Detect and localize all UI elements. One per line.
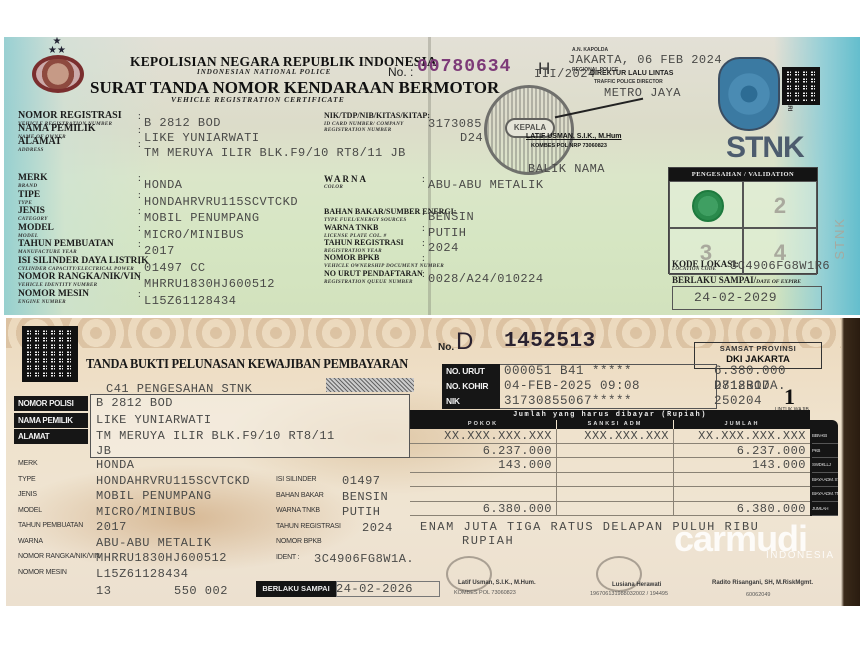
col-pokok: POKOK [410,420,556,429]
info-value: 000051 B41 ***** [504,364,632,379]
vehicle-field-value: 3C4906FG8W1A. [314,552,414,566]
owner-name: LIKE YUNIARWATI [144,131,260,145]
signatory-name: Lusiana Herawati [612,582,661,588]
police-emblem-icon [32,55,84,93]
vehicle-field-label: NOMOR RANGKA/NIK/VIN [18,553,100,560]
vehicle-field-label: WARNA [18,538,43,545]
expiry-label: BERLAKU SAMPAI/DATE OF EXPIRE [672,275,801,285]
location-code: 3C4906FG8W1R6 [730,259,830,273]
signer-name: LATIF USMAN, S.I.K., M.Hum [526,133,622,140]
issuer-title: DIREKTUR LALU LINTAS [590,70,673,77]
vehicle-field-label: ISI SILINDER [276,476,316,483]
vehicle-field-label: WARNACOLOR [324,174,368,190]
sanksi-cell [557,458,673,473]
vehicle-field-label: MODEL [18,507,42,514]
info-row: NO. URUT 000051 B41 ***** 6.380.000 2812… [442,364,810,379]
vehicle-field-label: TAHUN REGISTRASIREGISTRATION YEAR [324,238,404,254]
vehicle-field-value: HONDA [96,458,135,472]
info-label: NO. KOHIR [442,379,500,394]
vehicle-field-label: NOMOR RANGKA/NIK/VINVEHICLE IDENTITY NUM… [18,272,141,288]
col-sanksi: SANKSI ADM [557,420,673,429]
owner-address: TM MERUYA ILIR BLK.F9/10 RT8/11 [96,429,335,443]
info-label: NIK [442,394,500,409]
vehicle-field-label: TAHUN PEMBUATAN [18,522,83,529]
signatory-name: Latif Usman, S.I.K., M.Hum. [458,580,536,586]
vehicle-field-value: HONDA [144,178,183,192]
vehicle-field-label: NOMOR BPKBVEHICLE OWNERSHIP DOCUMENT NUM… [324,253,444,269]
receipt-number-label: No. [438,342,454,353]
issuer-title-en: TRAFFIC POLICE DIRECTOR [594,79,663,85]
payment-row [410,473,810,488]
info-value: 31730855067***** [504,394,632,409]
stnk-card: ★★★ KEPOLISIAN NEGARA REPUBLIK INDONESIA… [4,37,860,315]
info-extra: 250204 [714,394,762,409]
vehicle-field-value: BENSIN [428,210,474,224]
vehicle-field-label: JENIS [18,491,37,498]
pokok-cell: 143.000 [410,458,556,473]
validation-cell-1 [669,181,743,228]
security-pattern [326,378,414,392]
vehicle-field-value: 2017 [96,520,127,534]
vehicle-field-label: TIPETYPE [18,190,40,206]
pokok-cell: 6.237.000 [410,444,556,459]
signatory-id: 196706131988032002 / 194495 [590,591,668,597]
vehicle-field-label: JENISCATEGORY [18,206,48,222]
vehicle-field-value: 01497 CC [144,261,206,275]
vehicle-field-value: ABU-ABU METALIK [428,178,544,192]
sanksi-cell [557,502,673,517]
label-police-number: NOMOR POLISI [14,396,88,411]
validation-cell-2: 2 [743,181,817,228]
vehicle-field-value: 0028/A24/010224 [428,272,544,286]
doc-number-label: No. : [388,65,413,79]
info-row: NIK 31730855067***** 250204 [442,394,810,409]
jumlah-cell: 143.000 [674,458,810,473]
vehicle-field-label: NOMOR MESINENGINE NUMBER [18,289,89,305]
registration-number: B 2812 BOD [144,116,221,130]
vehicle-field-value: HONDAHRVRU115SCVTCKD [96,474,250,488]
doc-number: 00780634 [417,57,511,77]
vehicle-field-value: MHRRU1830HJ600512 [144,277,275,291]
jumlah-cell: 6.237.000 [674,444,810,459]
vehicle-field-value: PUTIH [342,505,381,519]
label-address: ALAMAT [14,429,88,444]
vehicle-field-value: MHRRU1830HJ600512 [96,551,227,565]
payment-row: 6.237.0006.237.000 [410,444,810,459]
vehicle-field-label: WARNA TNKB [276,507,320,514]
police-number: B 2812 BOD [96,396,173,410]
extra-code-b: 550 002 [174,584,228,598]
location-code-label-en: LOCATION CODE [672,267,716,272]
expiry-date: 24-02-2026 [336,582,413,596]
samsat-line-1: SAMSAT PROVINSI [695,343,821,354]
issue-place-date: JAKARTA, 06 FEB 2024 [568,53,722,67]
payment-tag: BBN-KB [812,429,838,444]
info-extra: D718R17A. [714,379,786,394]
payment-tag: SWDKLLJ [812,458,838,473]
nik-value-2: D24 [460,131,483,145]
vehicle-field-label: WARNA TNKBLICENSE PLATE COL. # [324,223,387,239]
vehicle-field-label: IDENT : [276,554,299,561]
vehicle-field-label: NOMOR MESIN [18,569,67,576]
validation-stamp-icon [692,190,724,222]
payment-tag: PKB [812,444,838,459]
vehicle-field-value: MOBIL PENUMPANG [96,489,212,503]
extra-code-a: 13 [96,584,111,598]
vehicle-field-value: L15Z61128434 [144,294,236,308]
pokok-cell [410,487,556,502]
vehicle-field-label: MERKBRAND [18,173,48,189]
payment-row: 6.380.0006.380.000 [410,502,810,517]
payment-tag: BIAYA ADM. STNK [812,473,838,488]
jumlah-cell: 6.380.000 [674,502,810,517]
signatory-id: 60062049 [746,592,770,598]
payment-tag: BIAYA ADM. TNKB [812,487,838,502]
signatory-id: KOMBES POL 73060823 [454,590,516,596]
payment-row: XX.XXX.XXX.XXXXXX.XXX.XXXXX.XXX.XXX.XXX [410,429,810,444]
tax-receipt-card: TANDA BUKTI PELUNASAN KEWAJIBAN PEMBAYAR… [6,318,860,606]
label-nik: NIK/TDP/NIB/KITAS/KITAP:ID CARD NUMBER/ … [324,111,430,133]
expiry-date: 24-02-2029 [694,290,777,305]
signer-rank: KOMBES POL NRP 73060823 [531,143,607,149]
institution-name-en: INDONESIAN NATIONAL POLICE [197,68,331,76]
vehicle-field-value: 01497 [342,474,381,488]
vehicle-field-label: TAHUN REGISTRASI [276,523,341,530]
info-value: 04-FEB-2025 09:08 [504,379,640,394]
jumlah-cell [674,487,810,502]
stamp-icon [446,556,492,592]
expiry-label: BERLAKU SAMPAI [256,581,336,597]
vehicle-field-value: MICRO/MINIBUS [96,505,196,519]
owner-address-line2: JB [96,444,111,458]
col-jumlah: JUMLAH [674,420,810,429]
brand-watermark-region: INDONESIA [766,550,835,561]
jumlah-cell [674,473,810,488]
vehicle-field-label: ISI SILINDER DAYA LISTRIKCYLINDER CAPACI… [18,256,149,272]
vehicle-field-label: MODELMODEL [18,223,54,239]
sanksi-cell [557,487,673,502]
vehicle-field-value: HONDAHRVRU115SCVTCKD [144,195,298,209]
side-watermark: STNK [832,217,847,260]
vehicle-field-value: MICRO/MINIBUS [144,228,244,242]
vehicle-field-label: BAHAN BAKAR [276,492,324,499]
stnk-logo-text: STNK [726,131,804,165]
info-row: NO. KOHIR 04-FEB-2025 09:08 D718R17A. [442,379,810,394]
owner-name: LIKE YUNIARWATI [96,413,212,427]
issue-ref: III/2024 [534,67,596,81]
jumlah-cell: XX.XXX.XXX.XXX [674,429,810,444]
qr-code-icon [782,67,820,105]
payment-table: XX.XXX.XXX.XXXXXX.XXX.XXXXX.XXX.XXX.XXX6… [410,429,810,516]
remark: BALIK NAMA [528,162,605,176]
pokok-cell: XX.XXX.XXX.XXX [410,429,556,444]
validation-box: PENGESAHAN / VALIDATION 2 3 4 [668,167,818,274]
label-address: ALAMATADDRESS [18,137,62,153]
qr-code-icon [22,326,78,382]
vehicle-field-label: TYPE [18,476,35,483]
sanksi-cell [557,444,673,459]
vehicle-field-label: MERK [18,460,37,467]
owner-address: TM MERUYA ILIR BLK.F9/10 RT8/11 JB [144,146,406,160]
amount-in-words-2: RUPIAH [462,534,514,548]
payment-tag: JUMLAH [812,502,838,517]
receipt-title: TANDA BUKTI PELUNASAN KEWAJIBAN PEMBAYAR… [86,356,408,372]
vehicle-field-value: 2024 [362,521,393,535]
pokok-cell [410,473,556,488]
stars-icon: ★★★ [48,37,66,55]
payment-row [410,487,810,502]
signatory-name: Radito Risangani, SH, M.RiskMgmt. [712,580,813,586]
document-title-en: VEHICLE REGISTRATION CERTIFICATE [171,95,345,104]
vehicle-field-label: NOMOR BPKB [276,538,321,545]
sanksi-cell: XXX.XXX.XXX [557,429,673,444]
label-owner-name: NAMA PEMILIK [14,413,88,428]
info-label: NO. URUT [442,364,500,379]
vehicle-field-value: MOBIL PENUMPANG [144,211,260,225]
sanksi-cell [557,473,673,488]
vehicle-field-value: ABU-ABU METALIK [96,536,212,550]
receipt-number: 1452513 [504,330,596,353]
vehicle-field-label: NO URUT PENDAFTARANREGISTRATION QUEUE NU… [324,269,423,285]
pokok-cell: 6.380.000 [410,502,556,517]
payment-row: 143.000143.000 [410,458,810,473]
vehicle-field-label: TAHUN PEMBUATANMANUFACTURE YEAR [18,239,114,255]
receipt-series: D [456,328,473,356]
validation-header: PENGESAHAN / VALIDATION [669,168,817,181]
vehicle-field-value: PUTIH [428,226,467,240]
payment-header: Jumlah yang harus dibayar (Rupiah) [410,410,810,420]
nik-value: 3173085 [428,117,482,131]
vehicle-field-value: BENSIN [342,490,388,504]
polri-shield-icon [718,57,780,131]
vehicle-field-value: L15Z61128434 [96,567,188,581]
payment-tags: BBN-KBPKBSWDKLLJBIAYA ADM. STNKBIAYA ADM… [810,420,838,516]
